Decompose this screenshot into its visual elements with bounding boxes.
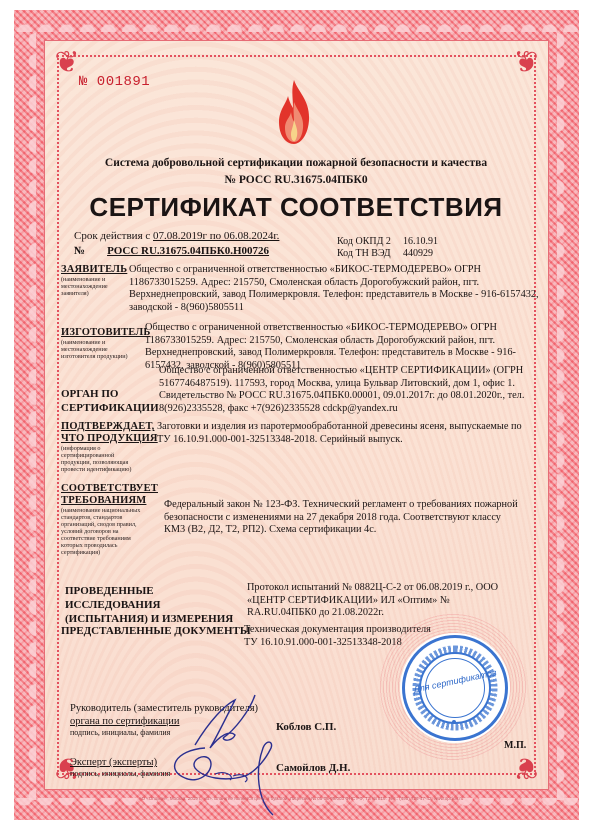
certificate-number: №РОСС RU.31675.04ПБК0.Н00726 xyxy=(74,245,269,257)
number-label: № xyxy=(74,245,85,257)
certification-system: Система добровольной сертификации пожарн… xyxy=(60,155,532,189)
corner-ornament-icon: ❦ xyxy=(508,45,544,81)
requirements-heading-1: СООТВЕТСТВУЕТ xyxy=(61,483,161,495)
product-heading-2: ЧТО ПРОДУКЦИЯ xyxy=(61,433,161,445)
code-tnved: Код ТН ВЭД440929 xyxy=(337,248,438,260)
certification-body-heading-1: ОРГАН ПО xyxy=(61,387,161,401)
section-product: ПОДТВЕРЖДАЕТ, ЧТО ПРОДУКЦИЯ (информация … xyxy=(61,421,548,481)
applicant-text: Общество с ограниченной ответственностью… xyxy=(129,264,548,314)
product-codes: Код ОКПД 216.10.91 Код ТН ВЭД440929 xyxy=(337,236,438,260)
requirements-sublabel: (наименование национальных стандартов, с… xyxy=(61,507,153,556)
product-text: Заготовки и изделия из паротермообработа… xyxy=(157,421,528,446)
seal-place-label: М.П. xyxy=(504,740,526,751)
blue-stamp: Для сертификатов xyxy=(402,635,508,741)
section-applicant: ЗАЯВИТЕЛЬ (наименование и местонахождени… xyxy=(61,264,548,324)
section-requirements: СООТВЕТСТВУЕТ ТРЕБОВАНИЯМ (наименование … xyxy=(61,483,548,563)
product-heading-1: ПОДТВЕРЖДАЕТ, xyxy=(61,421,161,433)
printer-imprint: АО «Опцион», Москва, 2019 г., «Б». Бланк… xyxy=(100,796,502,801)
applicant-sublabel: (наименование и местонахождение заявител… xyxy=(61,276,116,297)
validity-period: Срок действия с 07.08.2019г по 06.08.202… xyxy=(74,230,279,242)
validity-dates: 07.08.2019г по 06.08.2024г. xyxy=(153,230,279,242)
serial-number: № 001891 xyxy=(79,74,150,90)
corner-ornament-icon: ❦ xyxy=(508,749,544,785)
product-sublabel: (информация о сертифицированной продукци… xyxy=(61,445,141,473)
certification-body-text: Общество с ограниченной ответственностью… xyxy=(159,365,548,415)
requirements-heading-2: ТРЕБОВАНИЯМ xyxy=(61,495,161,507)
system-registration: № РОСС RU.31675.04ПБК0 xyxy=(60,172,532,189)
number-value: РОСС RU.31675.04ПБК0.Н00726 xyxy=(107,245,269,257)
certificate-title: СЕРТИФИКАТ СООТВЕТСТВИЯ xyxy=(40,192,552,223)
border-ornament-right xyxy=(557,30,577,800)
documents-heading: ПРЕДСТАВЛЕННЫЕ ДОКУМЕНТЫ xyxy=(61,624,251,638)
tests-heading-1: ПРОВЕДЕННЫЕ ИССЛЕДОВАНИЯ xyxy=(65,584,245,612)
section-certification-body: ОРГАН ПО СЕРТИФИКАЦИИ Общество с огранич… xyxy=(61,365,548,425)
manufacturer-sublabel: (наименование и местонахождение изготови… xyxy=(61,339,143,360)
flame-logo-icon xyxy=(276,78,312,148)
certification-body-heading-2: СЕРТИФИКАЦИИ xyxy=(61,401,161,415)
validity-prefix: Срок действия с xyxy=(74,230,153,242)
border-ornament-top xyxy=(14,12,579,32)
requirements-text: Федеральный закон № 123-ФЗ. Технический … xyxy=(164,499,523,537)
border-ornament-left xyxy=(16,30,36,800)
code-okpd: Код ОКПД 216.10.91 xyxy=(337,236,438,248)
system-name: Система добровольной сертификации пожарн… xyxy=(60,155,532,172)
